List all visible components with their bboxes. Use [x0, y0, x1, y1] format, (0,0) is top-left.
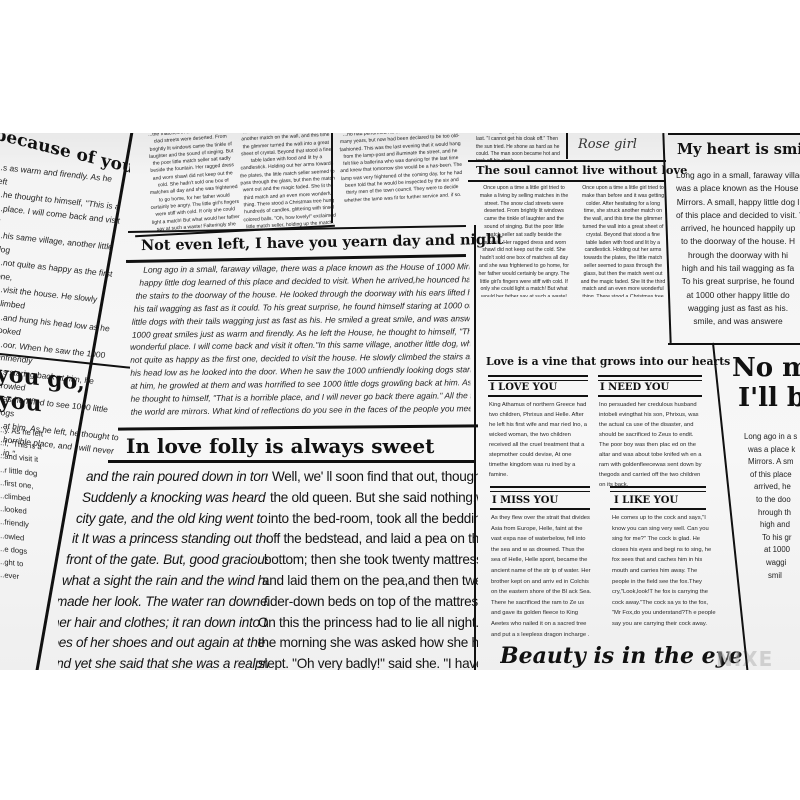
miss-title: I MISS YOU: [492, 495, 558, 506]
miss-text: As they flew over the strait that divide…: [491, 513, 593, 640]
match-girl-col-1: ...the matches in the street. The snow c…: [145, 133, 242, 232]
folly-headline-rule: [108, 460, 476, 463]
love-title: I LOVE YOU: [490, 382, 557, 393]
folly-headline: In love folly is always sweet: [126, 434, 434, 458]
soul-top-rule: [468, 160, 666, 162]
beauty-script: Beauty is in the eye: [500, 643, 742, 669]
like-text: He comes up to the cock and says,"I know…: [612, 513, 716, 630]
heart-story: Long ago in a small, faraway village, t …: [676, 169, 800, 329]
need-title: I NEED YOU: [600, 382, 669, 393]
newspaper-wrapping-paper: because of you. ...s as warm and firendl…: [0, 133, 800, 670]
cloak-story: himself. "I give up," said the wind at l…: [476, 133, 562, 163]
centre-vertical-rule: [331, 133, 333, 223]
folly-col-2: Well, we' ll soon find that out, thought…: [258, 467, 478, 670]
need-under-rule: [598, 395, 702, 397]
vine-headline: Love is a vine that grows into our heart…: [486, 355, 730, 368]
soul-col-2: Once upon a time a little girl tried to …: [580, 185, 666, 297]
love-under-rule: [488, 395, 588, 397]
love-text: King Athamus of northern Greece had two …: [489, 400, 589, 480]
heart-headline: My heart is smi: [677, 141, 800, 158]
need-rule: [598, 375, 702, 381]
heart-bottom-rule: [668, 343, 800, 345]
soul-bottom-rule: [468, 180, 666, 182]
soul-headline: The soul cannot live without love: [476, 163, 687, 177]
left-bottom-story: ...y. As he left ...f, "This is a ...and…: [0, 423, 44, 586]
like-rule: [610, 486, 706, 492]
lamp-story: ...ho had performed his duties faithfull…: [338, 133, 463, 202]
folly-top-rule: [118, 424, 478, 430]
rose-girl-label: Rose girl: [578, 137, 637, 152]
right-headline-1: No m: [732, 353, 800, 383]
miss-under-rule: [490, 508, 590, 510]
yearn-story: Long ago in a small, faraway village, th…: [129, 260, 471, 418]
rose-box-left-rule: [566, 133, 568, 159]
miss-rule: [490, 486, 590, 492]
need-text: Ino persuaded her credulous husband into…: [599, 400, 703, 490]
yearn-headline: Not even left, I have you yearn day and …: [141, 231, 503, 254]
like-title: I LIKE YOU: [614, 495, 678, 506]
like-under-rule: [610, 508, 706, 510]
heart-top-rule: [668, 133, 800, 135]
love-rule: [488, 375, 588, 381]
match-girl-col-2: ...hesitating for a long time, she struc…: [237, 133, 337, 229]
folly-col-1: and the rain poured down in torrents. Su…: [58, 467, 268, 670]
main-right-vertical-rule: [474, 225, 476, 670]
right-bottom-story: Long ago in a s was a place k Mirrors. A…: [744, 431, 800, 582]
right-headline-2: I'll b: [738, 383, 800, 413]
left-headline-bottom-2: you: [0, 387, 41, 418]
